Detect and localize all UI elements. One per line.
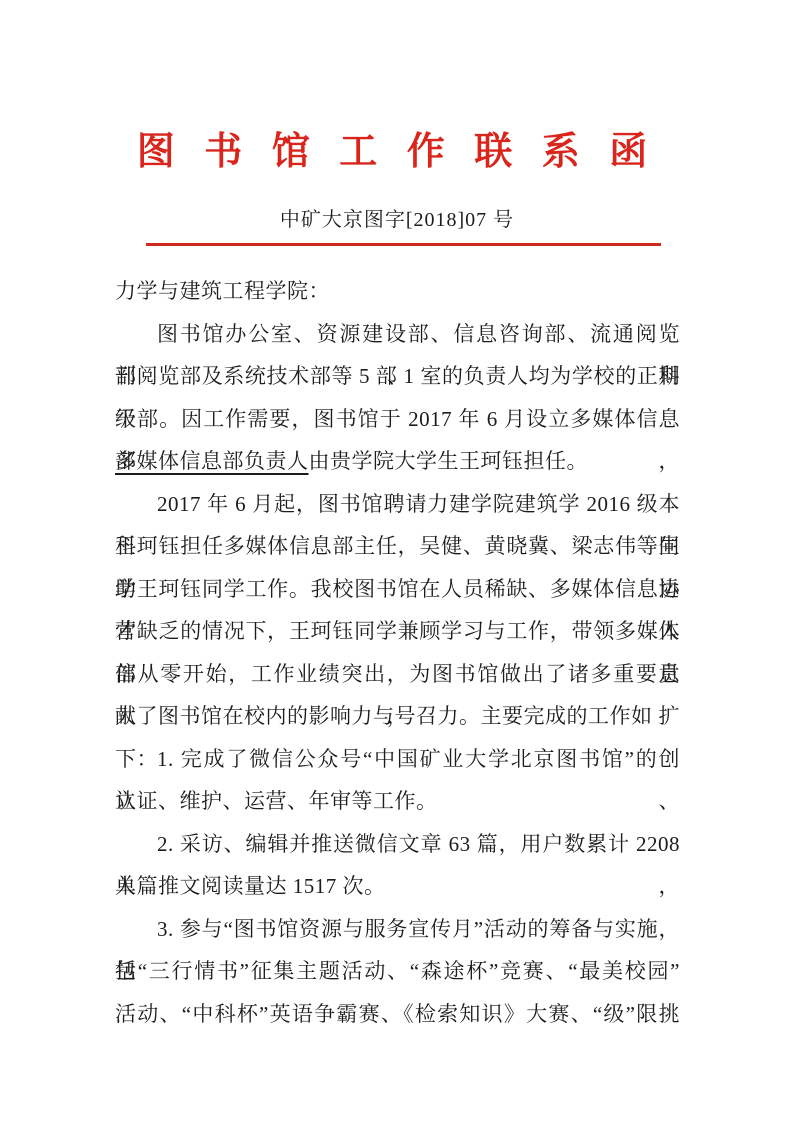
body-line: 2017 年 6 月起，图书馆聘请力建学院建筑学 2016 级本科生	[115, 483, 680, 526]
list-item-1-line: 1. 完成了微信公众号“中国矿业大学北京图书馆”的创立、	[115, 738, 680, 781]
list-item-2-line: 2. 采访、编辑并推送微信文章 63 篇，用户数累计 2208 人，	[115, 823, 680, 866]
list-item-3-line: 括“三行情书”征集主题活动、“森途杯”竞赛、“最美校园”	[115, 950, 680, 993]
list-item-3-line: 3. 参与“图书馆资源与服务宣传月”活动的筹备与实施，包	[115, 908, 680, 951]
letter-page: 图 书 馆 工 作 联 系 函 中矿大京图字[2018]07 号 力学与建筑工程…	[0, 0, 794, 1123]
body-line: 王珂钰担任多媒体信息部主任，吴健、黄晓冀、梁志伟等同学协	[115, 525, 680, 568]
body-line-rest: 由贵学院大学生王珂钰担任。	[309, 449, 589, 473]
body-line: 助王珂钰同学工作。我校图书馆在人员稀缺、多媒体信息运营人	[115, 568, 680, 611]
body-line: 干部。因工作需要，图书馆于 2017 年 6 月设立多媒体信息部，	[115, 398, 680, 441]
body-line: 才缺乏的情况下，王珂钰同学兼顾学习与工作，带领多媒体信息	[115, 610, 680, 653]
document-title: 图 书 馆 工 作 联 系 函	[0, 0, 794, 176]
letter-body: 力学与建筑工程学院： 图书馆办公室、资源建设部、信息咨询部、流通阅览部、期 刊阅…	[115, 270, 680, 1035]
document-number: 中矿大京图字[2018]07 号	[0, 208, 794, 232]
red-divider-rule	[146, 243, 661, 246]
salutation-line: 力学与建筑工程学院：	[115, 270, 680, 313]
body-line: 图书馆办公室、资源建设部、信息咨询部、流通阅览部、期	[115, 313, 680, 356]
list-item-3-line: 活动、“中科杯”英语争霸赛、《检索知识》大赛、“级”限挑	[115, 993, 680, 1036]
body-line: 刊阅览部及系统技术部等 5 部 1 室的负责人均为学校的正科级	[115, 355, 680, 398]
body-line: 部从零开始，工作业绩突出，为图书馆做出了诸多重要贡献，扩	[115, 653, 680, 696]
body-line: 大了图书馆在校内的影响力与号召力。主要完成的工作如下：	[115, 695, 680, 738]
underlined-phrase: 多媒体信息部负责人	[115, 449, 309, 473]
